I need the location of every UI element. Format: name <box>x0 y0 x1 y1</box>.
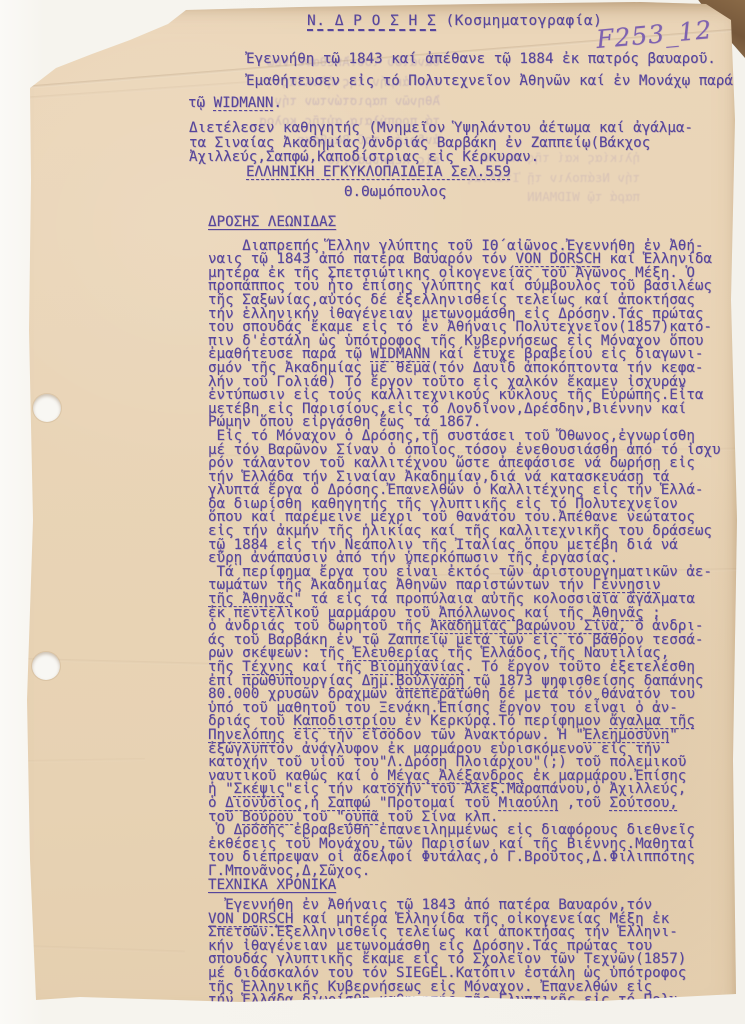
typed-line: Διετέλεσεν καθηγητής (Μνημεῖον Ὑψηλάντου… <box>189 121 693 136</box>
typed-line: τῷ WIDMANN. <box>188 93 733 115</box>
title-name: Ν. Δ Ρ Ο Σ Η Σ <box>307 13 436 29</box>
document-section: ΤΕΧΝΙΚΑ ΧΡΟΝΙΚΑ Ἐγεννήθη ἐν Ἀθήναις τῷ 1… <box>208 879 734 1008</box>
punch-hole-top <box>33 394 61 422</box>
punch-hole-bottom <box>32 652 60 680</box>
paper-sheet: θανάτου του.Ἀπέθανε νεώτήν ἀκμήν τῆς ἡλι… <box>0 0 745 1024</box>
paragraph: Διαπρεπής Ἕλλην γλύπτης τοῦ ΙΘ΄αἰῶνος.Ἐγ… <box>208 240 734 430</box>
source-reference: ΕΛΛΗΝΙΚΗ ΕΓΚΥΚΛΟΠΑΙΔΕΙΑ Σελ.559 <box>246 166 511 180</box>
document-body: ΔΡΟΣΗΣ ΛΕΩΝΙΔΑΣ Διαπρεπής Ἕλλην γλύπτης … <box>208 216 734 1008</box>
document-title: Ν. Δ Ρ Ο Σ Η Σ (Κοσμηματογραφία) <box>307 15 602 29</box>
typed-line: τα Σιναίας Ἀκαδημίας)ἀνδριάς Βαρβάκη ἐν … <box>189 136 693 151</box>
paragraph: Εἰς τό Μόναχον ὁ Δρόσης,τῇ συστάσει τοῦ … <box>208 430 734 566</box>
scanned-document-page: θανάτου του.Ἀπέθανε νεώτήν ἀκμήν τῆς ἡλι… <box>0 0 745 1024</box>
typed-line: Ἀχιλλεύς,Σαπφώ,Καποδίστριας εἰς Κέρκυραν… <box>189 150 693 165</box>
paragraph: Ὁ Δρόσης ἐβραβεύθη ἐπανειλημμένως εἰς δι… <box>208 824 734 878</box>
paragraph: Τά περίφημα ἔργα του εἶναι ἐκτός τῶν ἀρι… <box>208 566 734 824</box>
title-qualifier: (Κοσμηματογραφία) <box>436 13 602 29</box>
fold-crease-left-2 <box>25 758 145 763</box>
intro-works-block: Διετέλεσεν καθηγητής (Μνημεῖον Ὑψηλάντου… <box>189 121 693 165</box>
paragraph: Ἐγεννήθη ἐν Ἀθήναις τῷ 1843 ἀπό πατέρα Β… <box>208 899 734 1008</box>
section-heading: ΤΕΧΝΙΚΑ ΧΡΟΝΙΚΑ <box>208 879 734 893</box>
typed-line: τήν Ἑλλάδα,διωρίσθη καθηγητής τῆς Γλυπτι… <box>208 994 734 1008</box>
source-author: Θ.Θωμόπουλος <box>344 186 447 200</box>
intro-summary-block: Ἐγεννήθη τῷ 1843 καί ἀπέθανε τῷ 1884 ἐκ … <box>246 49 733 114</box>
typed-line: Ἐμαθήτευσεν εἰς τό Πολυτεχνεῖον Ἀθηνῶν κ… <box>246 71 733 93</box>
typed-line: Ἐγεννήθη τῷ 1843 καί ἀπέθανε τῷ 1884 ἐκ … <box>246 49 733 71</box>
section-heading: ΔΡΟΣΗΣ ΛΕΩΝΙΔΑΣ <box>208 216 734 230</box>
fold-crease-bottom <box>25 945 185 954</box>
document-section: ΔΡΟΣΗΣ ΛΕΩΝΙΔΑΣ Διαπρεπής Ἕλλην γλύπτης … <box>208 216 734 879</box>
paper-tear-mark <box>13 140 31 154</box>
